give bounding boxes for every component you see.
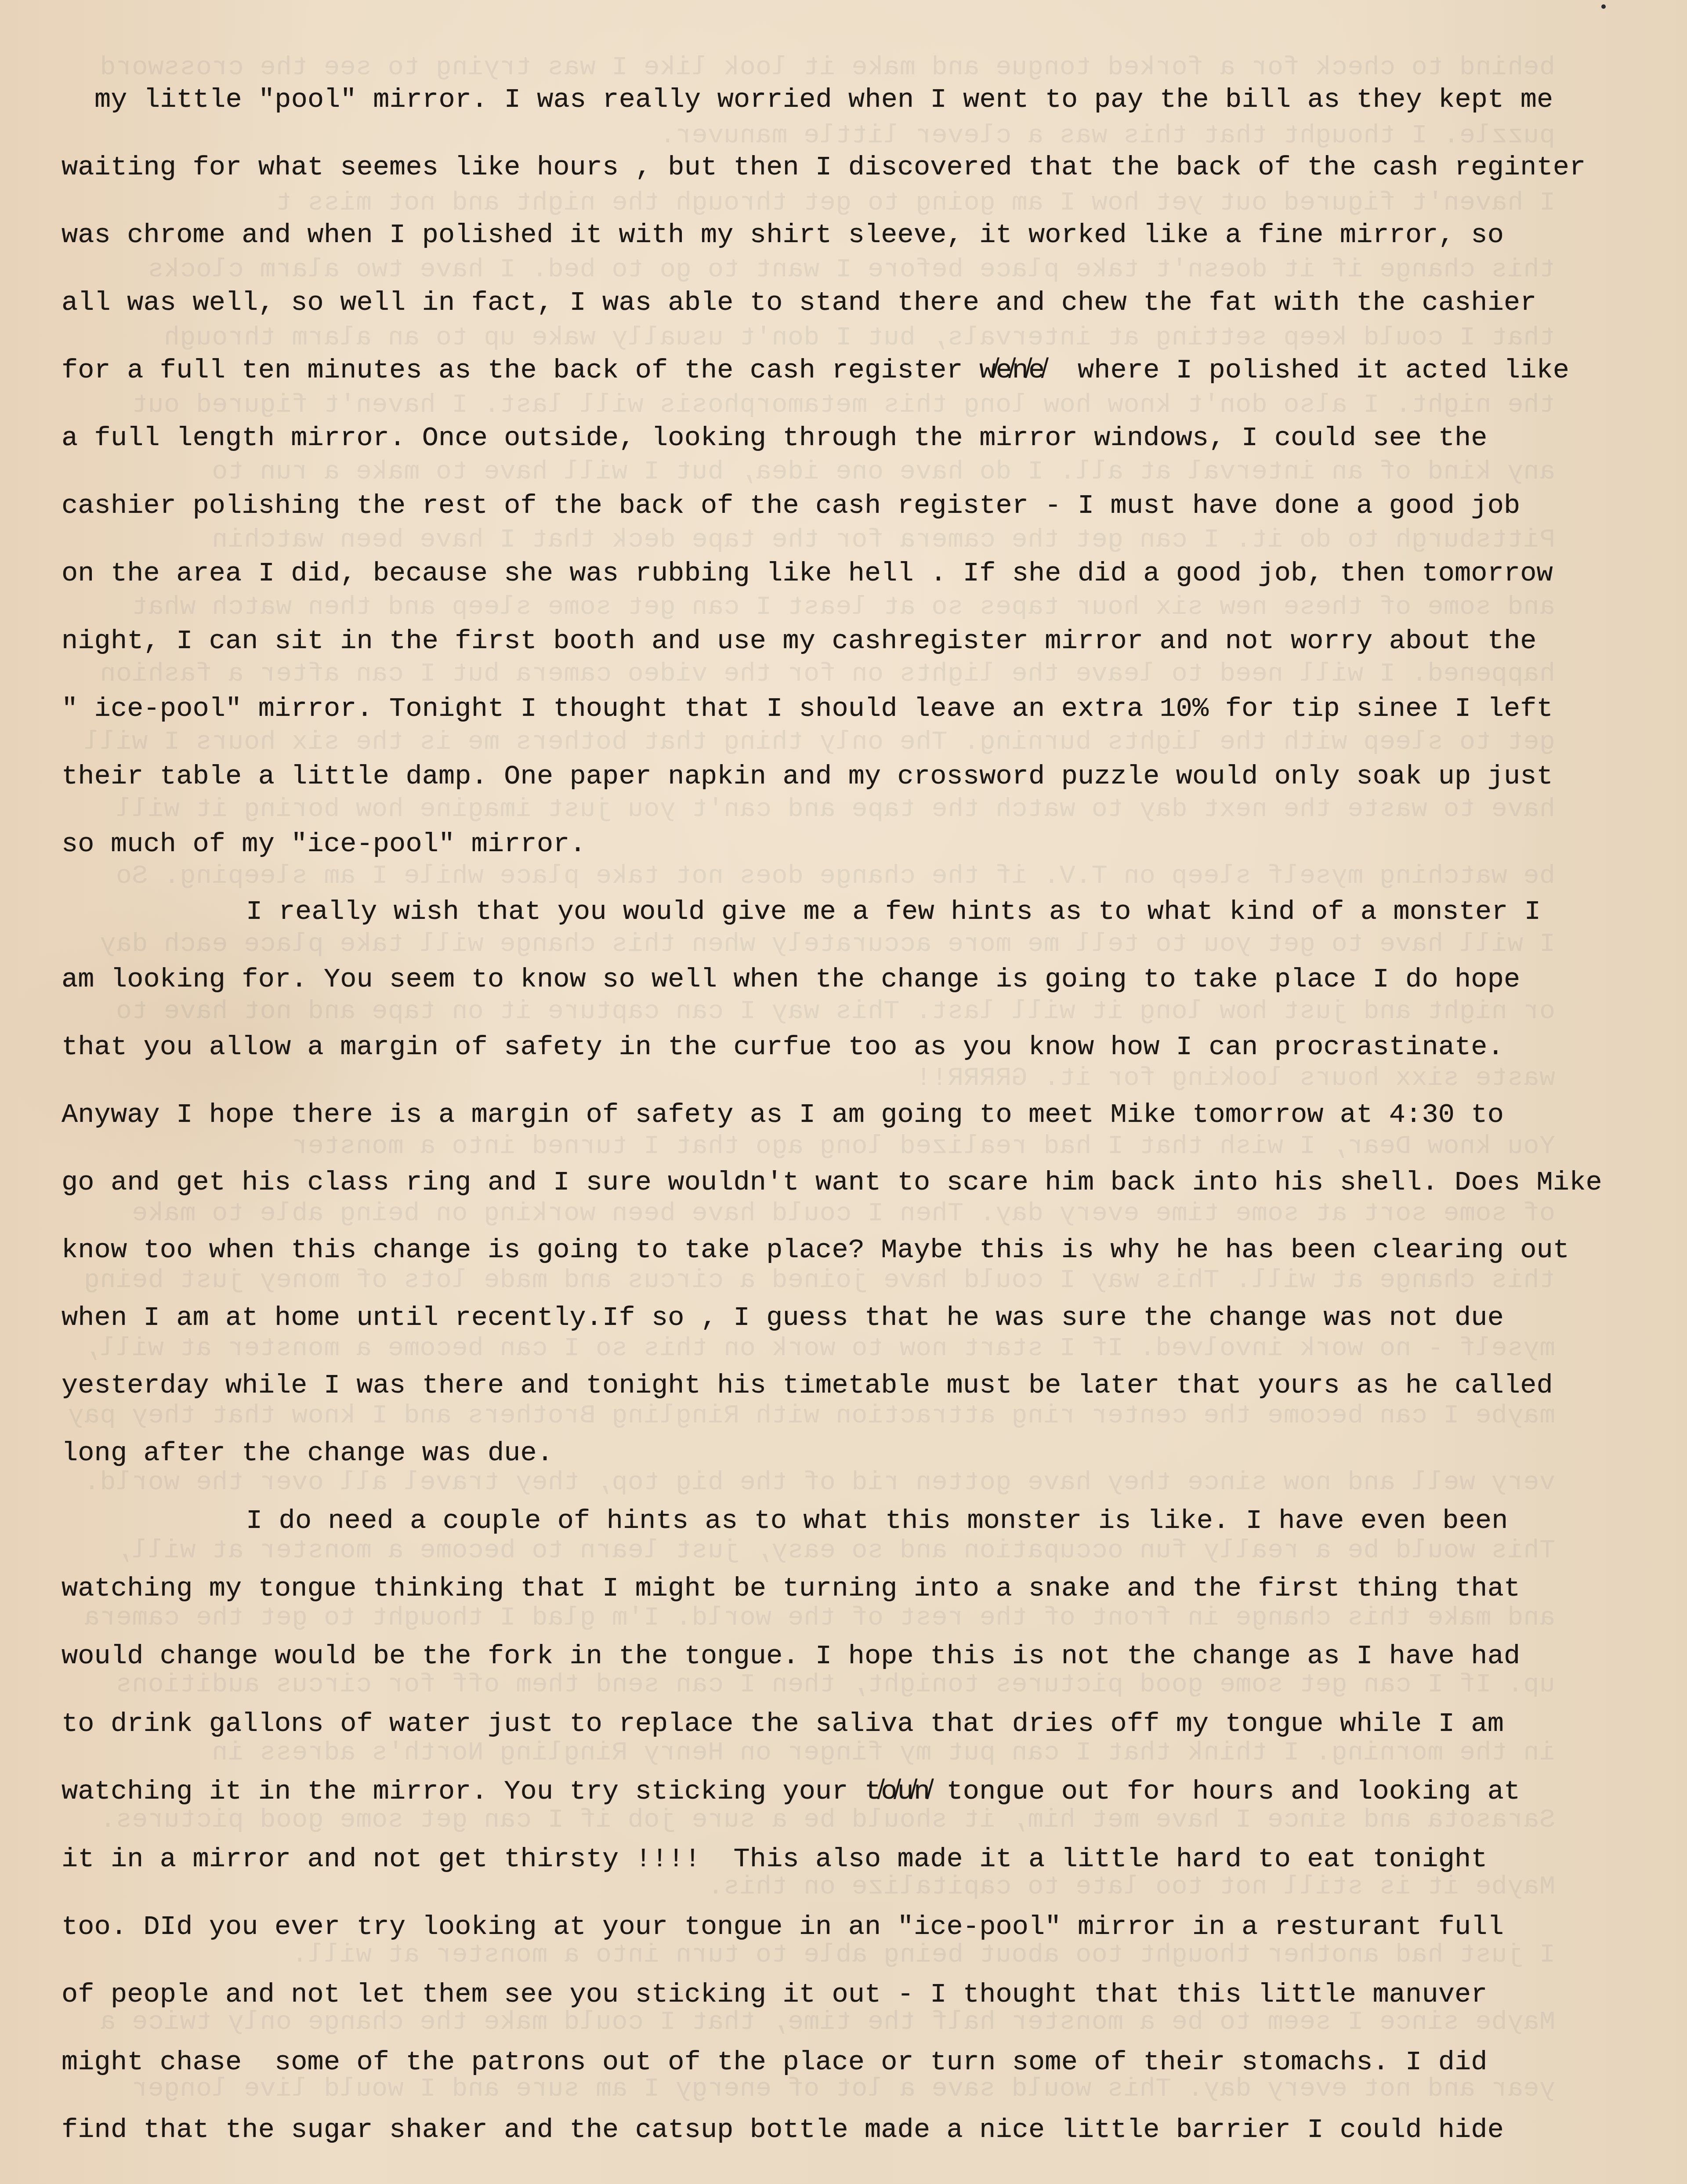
text-line: a full length mirror. Once outside, look…: [62, 424, 1488, 452]
text-line: when I am at home until recently.If so ,…: [62, 1304, 1504, 1331]
text-line: go and get his class ring and I sure wou…: [62, 1169, 1602, 1196]
text-line: night, I can sit in the first booth and …: [62, 628, 1537, 655]
bleed-line: waste sixx hours looking for it. GRRRR!!: [916, 1063, 1555, 1093]
text-line: might chase some of the patrons out of t…: [62, 2049, 1488, 2076]
bleed-line: be watching myself sleep on T.V. if the …: [116, 861, 1555, 891]
bleed-line: very well and now since they have gotten…: [84, 1468, 1555, 1498]
bleed-line: maybe I can become the center ring attra…: [68, 1401, 1555, 1431]
bleed-line: Maybe since I seem to be a monster half …: [100, 2007, 1555, 2037]
bleed-line: behind to check for a forked tongue and …: [100, 53, 1555, 83]
text-line: " ice-pool" mirror. Tonight I thought th…: [62, 695, 1553, 722]
bleed-line: puzzle. I thought that this was a clever…: [659, 121, 1555, 151]
bleed-line: of some sort at some time every day. The…: [132, 1199, 1555, 1229]
paragraph-start-line: I really wish that you would give me a f…: [246, 898, 1541, 925]
bleed-line: the night. I also don't know how long th…: [132, 390, 1555, 420]
bleed-line: I haven't figured out yet how I am going…: [276, 188, 1555, 218]
text-line: on the area I did, because she was rubbi…: [62, 560, 1553, 587]
bleed-line: Sarasota and since I have met him, it sh…: [100, 1805, 1555, 1835]
bleed-line: Maybe it is still not too late to capita…: [707, 1872, 1555, 1902]
text-line: find that the sugar shaker and the catsu…: [62, 2116, 1504, 2144]
bleed-line: in the morning. I think that I can put m…: [212, 1738, 1555, 1768]
bleed-line: myself - no work involved. If I start no…: [84, 1334, 1555, 1364]
bleed-line: I just had another thought too about bei…: [292, 1940, 1555, 1970]
bleed-line: and some of these new six hour tapes so …: [132, 592, 1555, 622]
bleed-line: and make this change in front of the res…: [84, 1603, 1555, 1633]
text-line: their table a little damp. One paper nap…: [62, 763, 1553, 790]
typewritten-letter-page: behind to check for a forked tongue and …: [0, 0, 1687, 2184]
text-line: am looking for. You seem to know so well…: [62, 966, 1520, 993]
text-line: watching it in the mirror. You try stick…: [62, 1778, 1520, 1805]
text-line: cashier polishing the rest of the back o…: [62, 492, 1520, 519]
text-line: so much of my "ice-pool" mirror.: [62, 831, 586, 858]
bleed-line: Pittsburgh to do it. I can get the camer…: [212, 525, 1555, 555]
bleed-line: happened. I will need to leave the light…: [100, 659, 1555, 689]
text-line: long after the change was due.: [62, 1440, 553, 1467]
text-line: too. DId you ever try looking at your to…: [62, 1913, 1504, 1941]
text-line: watching my tongue thinking that I might…: [62, 1575, 1520, 1602]
bleed-line: This would be a really fun occupation an…: [116, 1536, 1555, 1566]
text-line: it in a mirror and not get thirsty !!!! …: [62, 1846, 1488, 1873]
text-line: yesterday while I was there and tonight …: [62, 1372, 1553, 1399]
text-line: that you allow a margin of safety in the…: [62, 1034, 1504, 1061]
ink-speck: [1601, 4, 1606, 9]
text-line: of people and not let them see you stick…: [62, 1981, 1488, 2008]
text-line: was chrome and when I polished it with m…: [62, 221, 1504, 249]
paragraph-start-line: I do need a couple of hints as to what t…: [246, 1507, 1508, 1535]
text-line: waiting for what seemes like hours , but…: [62, 154, 1586, 181]
bleed-line: up. If I can get some good pictures toni…: [116, 1670, 1555, 1700]
bleed-line: or night and just how long it will last.…: [116, 997, 1555, 1027]
bleed-line: You know Dear, I wish that I had realize…: [292, 1132, 1555, 1161]
text-line: for a full ten minutes as the back of th…: [62, 357, 1569, 384]
text-line: know too when this change is going to ta…: [62, 1237, 1569, 1264]
text-line: my little "pool" mirror. I was really wo…: [94, 86, 1553, 113]
text-line: would change would be the fork in the to…: [62, 1643, 1520, 1670]
bleed-line: that I could keep setting at intervals, …: [164, 323, 1555, 353]
bleed-line: year and not every day. This would save …: [132, 2074, 1555, 2104]
text-line: all was well, so well in fact, I was abl…: [62, 289, 1537, 316]
text-line: Anyway I hope there is a margin of safet…: [62, 1101, 1504, 1128]
bleed-line: get to sleep with the lights burning. Th…: [84, 727, 1555, 757]
bleed-line: any kind of an interval at all. I do hav…: [212, 457, 1555, 487]
bleed-line: this change at will. This way I could ha…: [84, 1266, 1555, 1295]
text-line: to drink gallons of water just to replac…: [62, 1710, 1504, 1738]
bleed-line: I will have to get you to tell me more a…: [100, 929, 1555, 959]
bleed-line: have to waste the next day to watch the …: [116, 795, 1555, 824]
bleed-line: this change if it doesn't take place bef…: [148, 255, 1555, 285]
